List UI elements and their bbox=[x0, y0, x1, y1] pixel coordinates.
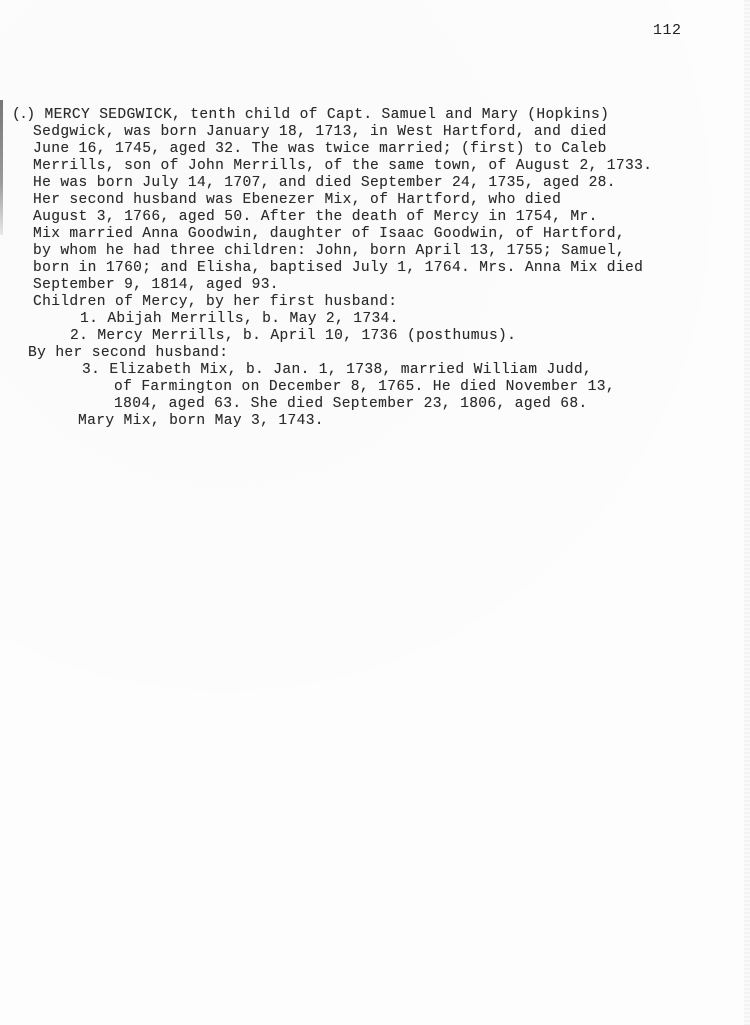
entry-line: August 3, 1766, aged 50. After the death… bbox=[33, 209, 598, 226]
child-item-continuation: 1804, aged 63. She died September 23, 18… bbox=[114, 396, 588, 413]
entry-line: September 9, 1814, aged 93. bbox=[33, 277, 279, 294]
scan-edge-shadow bbox=[0, 100, 3, 235]
scan-right-edge bbox=[744, 0, 750, 1025]
child-item: 2. Mercy Merrills, b. April 10, 1736 (po… bbox=[70, 328, 516, 345]
entry-line: by whom he had three children: John, bor… bbox=[33, 243, 625, 260]
entry-line: Her second husband was Ebenezer Mix, of … bbox=[33, 192, 561, 209]
page-number: 112 bbox=[653, 22, 682, 39]
entry-line: Mix married Anna Goodwin, daughter of Is… bbox=[33, 226, 625, 243]
entry-line: Sedgwick, was born January 18, 1713, in … bbox=[33, 124, 607, 141]
child-item: 3. Elizabeth Mix, b. Jan. 1, 1738, marri… bbox=[82, 362, 592, 379]
entry-line: Merrills, son of John Merrills, of the s… bbox=[33, 158, 652, 175]
second-husband-heading-line: By her second husband: bbox=[28, 345, 228, 362]
entry-line: born in 1760; and Elisha, baptised July … bbox=[33, 260, 643, 277]
document-page: 112 (․) MERCY SEDGWICK, tenth child of C… bbox=[0, 0, 750, 1025]
entry-heading-line: (․) MERCY SEDGWICK, tenth child of Capt.… bbox=[12, 107, 609, 124]
child-item: 1. Abijah Merrills, b. May 2, 1734. bbox=[80, 311, 399, 328]
entry-line: He was born July 14, 1707, and died Sept… bbox=[33, 175, 616, 192]
child-item-continuation: of Farmington on December 8, 1765. He di… bbox=[114, 379, 615, 396]
child-item: Mary Mix, born May 3, 1743. bbox=[78, 413, 324, 430]
entry-line: June 16, 1745, aged 32. The was twice ma… bbox=[33, 141, 607, 158]
children-heading-line: Children of Mercy, by her first husband: bbox=[33, 294, 397, 311]
